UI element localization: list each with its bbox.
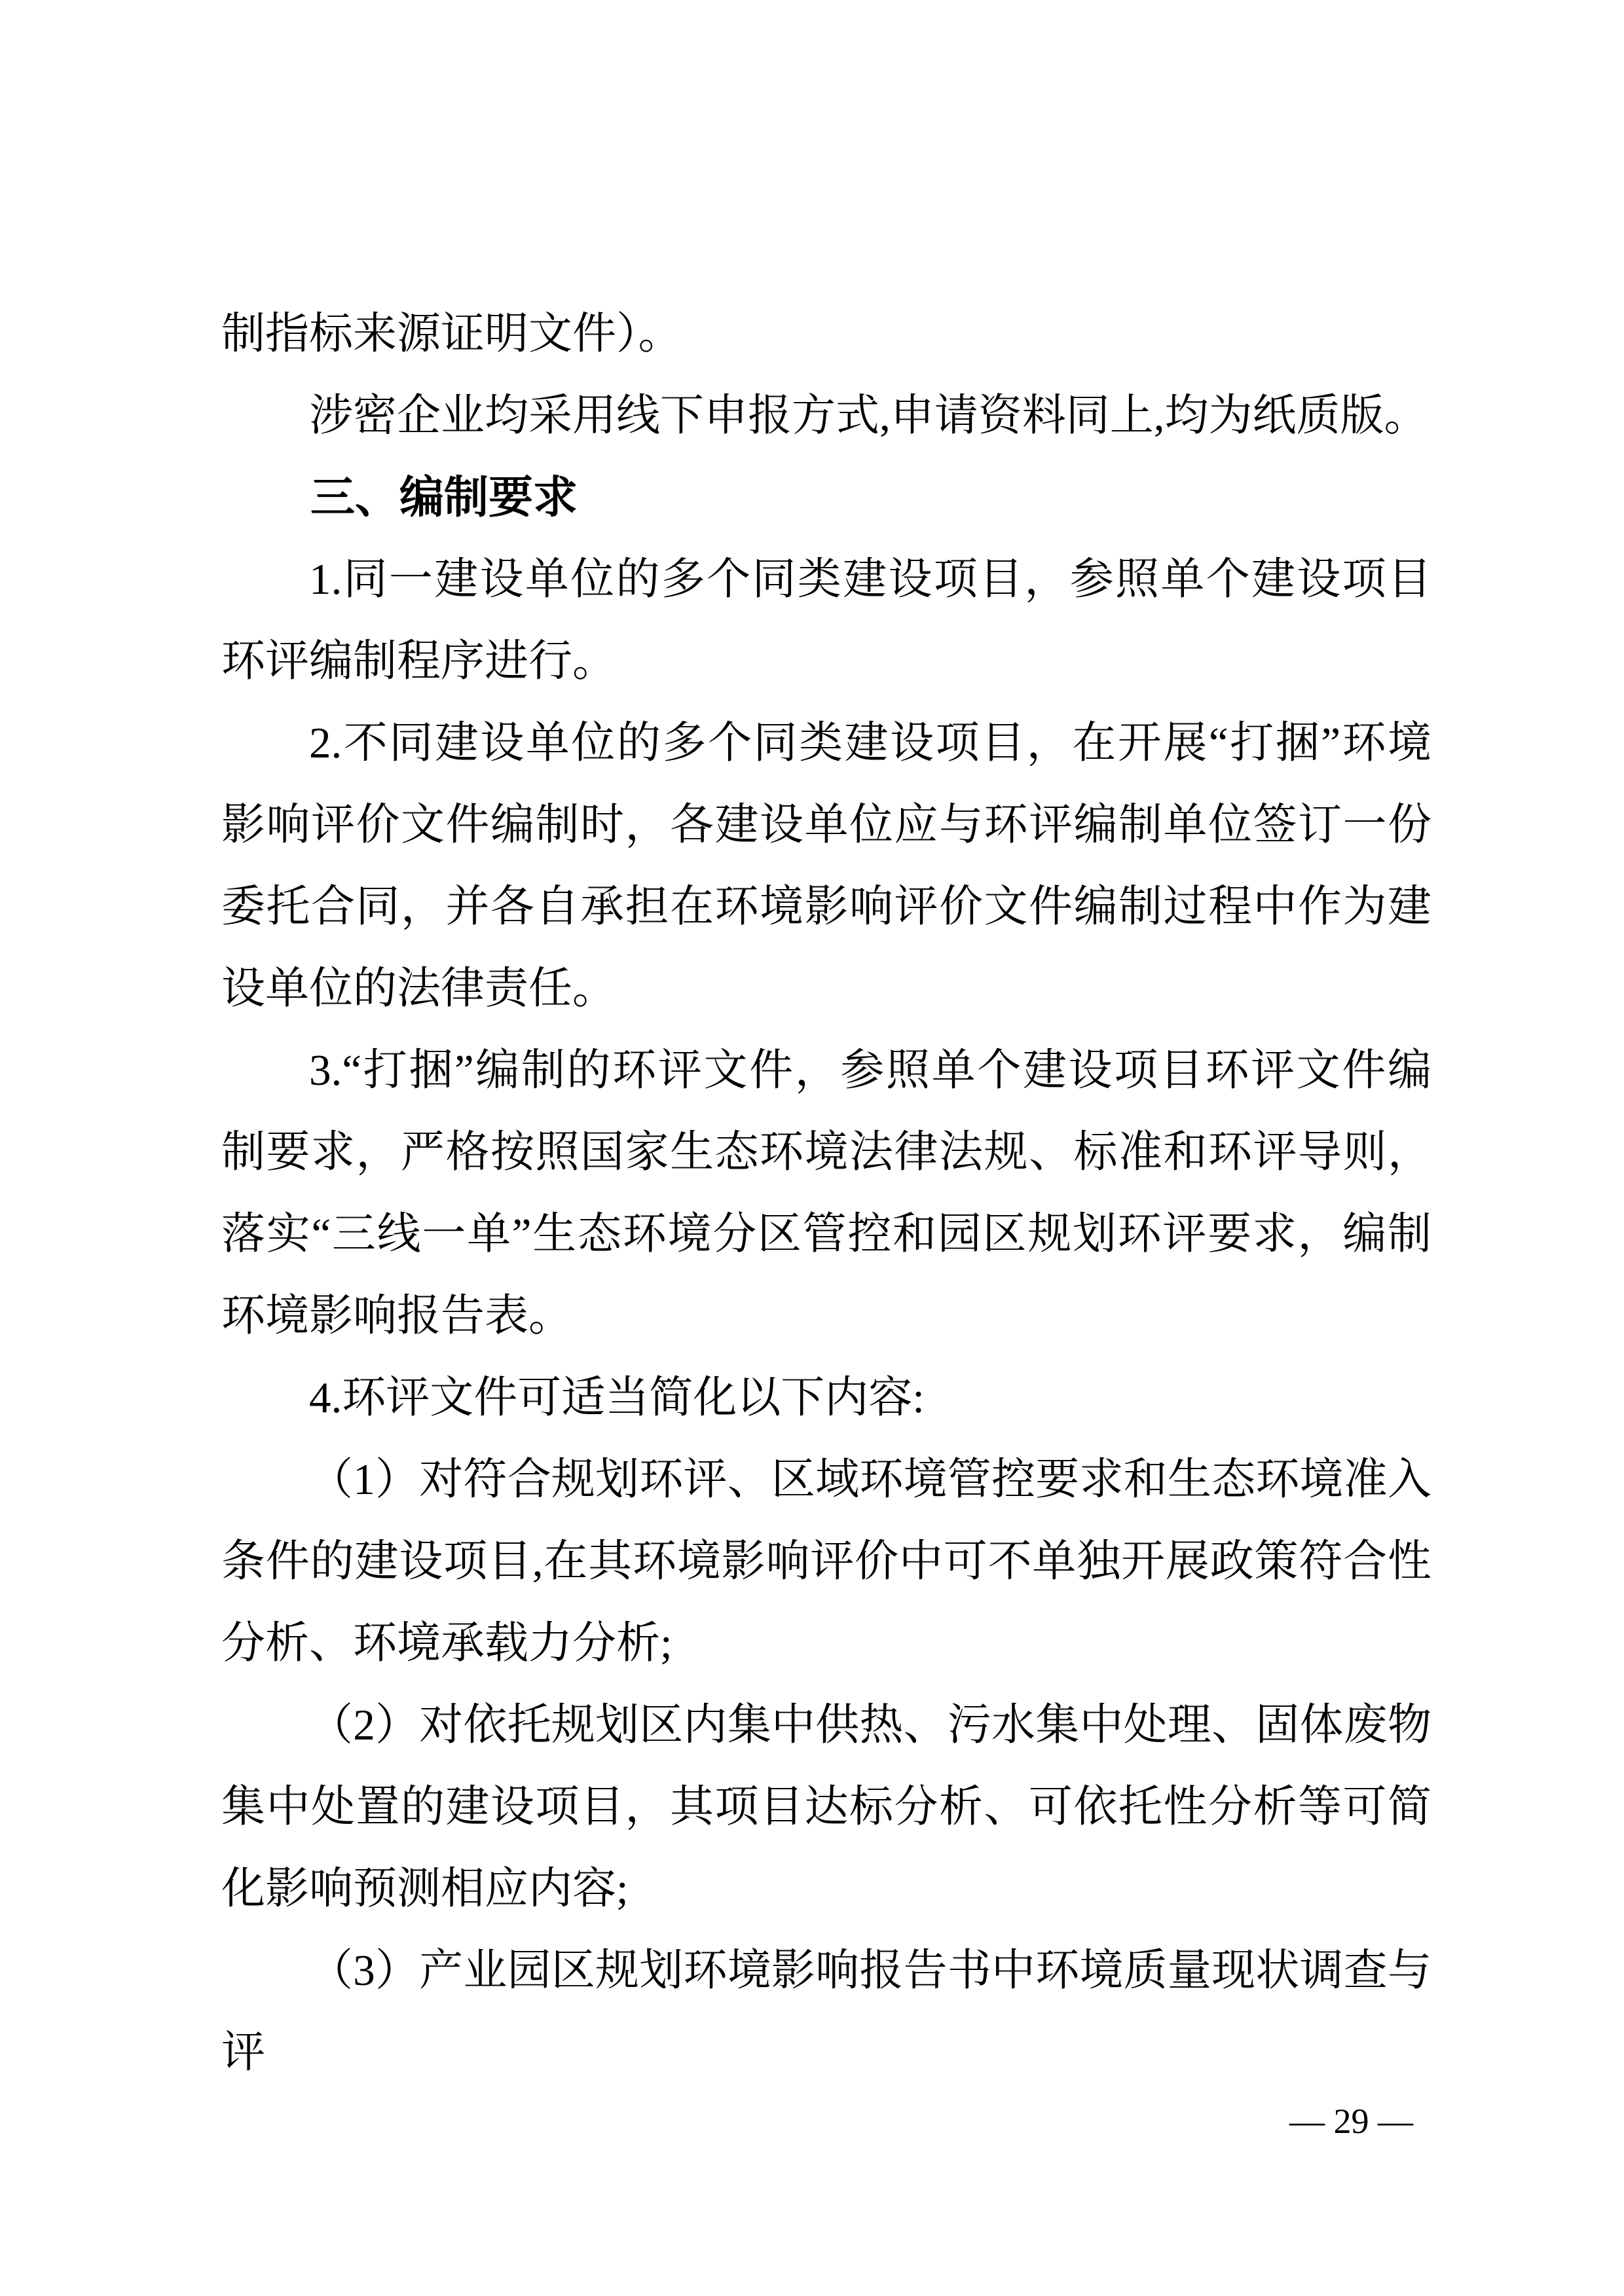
- paragraph-item-3: 3.“打捆”编制的环评文件，参照单个建设项目环评文件编制要求，严格按照国家生态环…: [221, 1030, 1431, 1357]
- paragraph-item-2: 2.不同建设单位的多个同类建设项目，在开展“打捆”环境影响评价文件编制时，各建设…: [221, 702, 1431, 1030]
- paragraph-secret-enterprises: 涉密企业均采用线下申报方式,申请资料同上,均为纸质版。: [221, 375, 1431, 457]
- paragraph-item-1: 1.同一建设单位的多个同类建设项目，参照单个建设项目环评编制程序进行。: [221, 539, 1431, 702]
- paragraph-continuation: 制指标来源证明文件）。: [221, 293, 1431, 375]
- section-heading-compilation-requirements: 三、编制要求: [221, 457, 1431, 539]
- paragraph-item-4: 4.环评文件可适当简化以下内容:: [221, 1357, 1431, 1439]
- paragraph-subitem-3: （3）产业园区规划环境影响报告书中环境质量现状调查与评: [221, 1930, 1431, 2094]
- document-page: 制指标来源证明文件）。 涉密企业均采用线下申报方式,申请资料同上,均为纸质版。 …: [0, 0, 1624, 2296]
- paragraph-subitem-2: （2）对依托规划区内集中供热、污水集中处理、固体废物集中处置的建设项目，其项目达…: [221, 1685, 1431, 1930]
- document-body: 制指标来源证明文件）。 涉密企业均采用线下申报方式,申请资料同上,均为纸质版。 …: [221, 293, 1431, 2094]
- paragraph-subitem-1: （1）对符合规划环评、区域环境管控要求和生态环境准入条件的建设项目,在其环境影响…: [221, 1439, 1431, 1685]
- page-number: — 29 —: [1289, 2095, 1413, 2147]
